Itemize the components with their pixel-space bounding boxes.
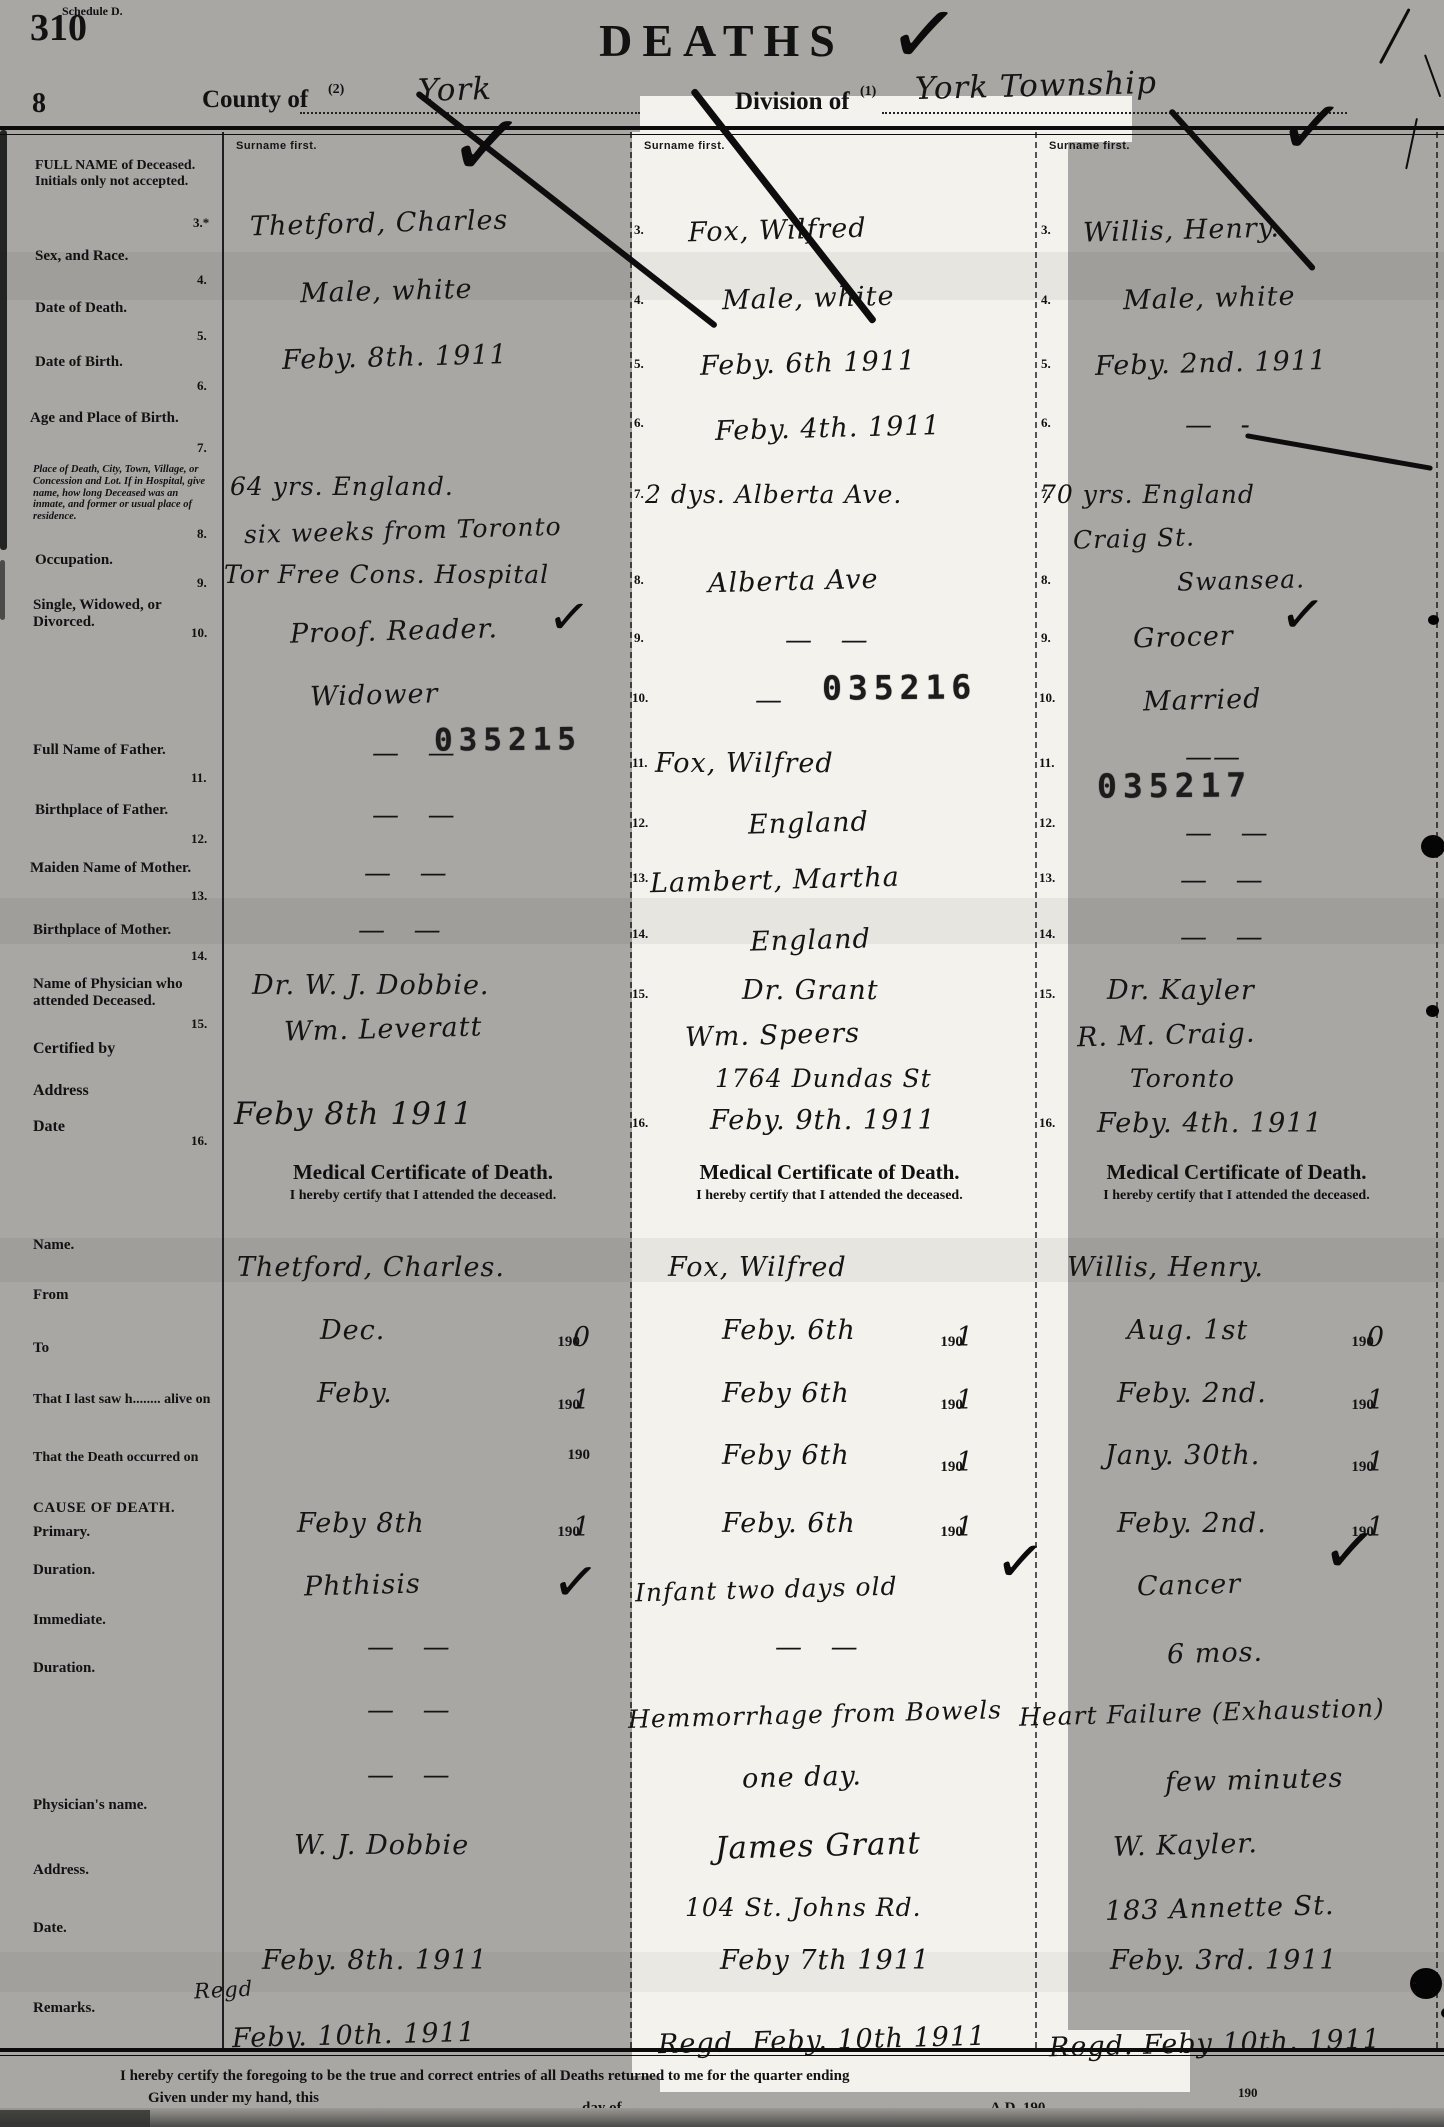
row-number: 5. (634, 356, 644, 372)
cert-immediate-cause: — — (367, 1695, 460, 1726)
cert-to: Feby 6th (722, 1378, 850, 1409)
row-number: 10. (1039, 690, 1055, 706)
footer-certify-line: I hereby certify the foregoing to be the… (120, 2068, 849, 2085)
year-digit: 1 (573, 1512, 590, 1543)
medical-certificate-subtitle: I hereby certify that I attended the dec… (222, 1188, 624, 1204)
label-row-number: 9. (197, 575, 207, 591)
cert-to: Feby. (317, 1378, 393, 1409)
entry-marital: — (755, 685, 792, 716)
label-row-number: 5. (197, 328, 207, 344)
entry-age-place-1: 2 dys. Alberta Ave. (645, 480, 902, 509)
death-register-page: Schedule D. 310 DEATHS 8 County of (2) Y… (0, 0, 1444, 2127)
entry-mother: — — (364, 858, 457, 889)
year-digit: 1 (573, 1385, 590, 1416)
row-number: 14. (1039, 926, 1055, 942)
row-number: 12. (632, 815, 648, 831)
entry-name: Willis, Henry. (1083, 212, 1281, 248)
registration-stamp: 035216 (822, 667, 978, 707)
entry-place-of-death: Tor Free Cons. Hospital (224, 560, 549, 589)
entry-physician-3: Toronto (1130, 1064, 1235, 1093)
year-digit: 1 (956, 1385, 973, 1416)
cert-physician-address: 183 Annette St. (1105, 1890, 1335, 1927)
row-number: 8. (1041, 572, 1051, 588)
row-number: 16. (632, 1115, 648, 1131)
year-digit: 1 (1367, 1447, 1384, 1478)
row-number: 15. (632, 986, 648, 1002)
check-mark-icon: ✓ (1274, 85, 1349, 172)
scan-edge-streak (0, 130, 7, 550)
year-stub: 1900 (1351, 1322, 1384, 1353)
cert-primary-cause: Phthisis (304, 1568, 422, 1602)
entry-date-of-death: Feby. 6th 1911 (700, 345, 917, 382)
row-number: 13. (632, 870, 648, 886)
scan-edge-streak (0, 560, 5, 620)
label-address: Address (33, 1082, 213, 1100)
entry-occupation: Grocer (1133, 621, 1235, 655)
cert-immediate-cause: Hemmorrhage from Bowels (628, 1695, 1003, 1734)
cert-date: Feby 7th 1911 (720, 1945, 930, 1976)
row-number: 6. (1041, 415, 1051, 431)
entry-age-place-2: six weeks from Toronto (244, 512, 562, 549)
label-father: Full Name of Father. (33, 742, 213, 759)
footer-given-line: Given under my hand, this (148, 2090, 319, 2107)
surname-first-label: Surname first. (644, 140, 725, 152)
check-mark-icon: ✓ (1319, 1515, 1381, 1586)
entry-column-3: Surname first. 3. 4. 5. 6. 7. 8. 9. 10. … (1035, 0, 1444, 2127)
year-digit: 1 (956, 1322, 973, 1353)
row-number: 13. (1039, 870, 1055, 886)
entry-father: Fox, Wilfred (655, 748, 834, 779)
cert-duration-2: few minutes (1165, 1763, 1344, 1799)
label-row-number: 11. (191, 770, 207, 786)
entry-place-of-death: Alberta Ave (708, 564, 879, 599)
entry-sex-race: Male, white (1123, 281, 1296, 317)
label-physician: Name of Physician who attended Deceased. (33, 976, 213, 1010)
entry-certified-date: Feby. 4th. 1911 (1097, 1108, 1323, 1139)
row-number: 6. (634, 415, 644, 431)
cert-date: Feby. 3rd. 1911 (1110, 1945, 1338, 1976)
surname-first-label: Surname first. (1049, 140, 1130, 152)
label-cause-of-death: CAUSE OF DEATH. (33, 1500, 219, 1517)
year-stub: 1901 (940, 1447, 973, 1478)
cert-immediate-cause: Heart Failure (Exhaustion) (1019, 1693, 1385, 1732)
label-row-number: 10. (191, 625, 207, 641)
label-certified-by: Certified by (33, 1040, 213, 1058)
medical-certificate-title: Medical Certificate of Death. (1035, 1160, 1438, 1185)
label-mother: Maiden Name of Mother. (30, 860, 216, 877)
cert-from: Aug. 1st (1127, 1315, 1248, 1346)
cert-physician-name: James Grant (715, 1825, 922, 1866)
year-stub: 1901 (1351, 1447, 1384, 1478)
label-duration2: Duration. (33, 1660, 213, 1677)
check-mark-icon: ✓ (1277, 586, 1328, 644)
entry-physician-2: Wm. Leveratt (284, 1011, 483, 1047)
label-father-birthplace: Birthplace of Father. (35, 802, 215, 819)
label-mother-birthplace: Birthplace of Mother. (33, 922, 213, 939)
cert-occurred: Feby. 6th (722, 1508, 856, 1539)
year-stub: 190 (568, 1447, 591, 1464)
entry-column-1: Surname first. Thetford, Charles Male, w… (222, 0, 630, 2127)
cert-date: Feby. 8th. 1911 (262, 1945, 488, 1976)
entry-certified-date: Feby 8th 1911 (234, 1096, 473, 1132)
cert-physician-name: W. Kayler. (1113, 1828, 1259, 1863)
ink-blob (1421, 835, 1444, 858)
footer-year-right: 190 (1238, 2085, 1258, 2101)
entry-sex-race: Male, white (300, 274, 473, 310)
entry-father-birthplace: — — (1185, 818, 1278, 849)
cert-occurred: Feby 8th (297, 1508, 425, 1539)
label-cert-last-saw: That I last saw h........ alive on (33, 1392, 213, 1408)
cert-remarks-1: Regd (193, 1976, 253, 2003)
label-row-number: 7. (197, 440, 207, 456)
medical-certificate-title: Medical Certificate of Death. (222, 1160, 624, 1185)
label-cert-occurred: That the Death occurred on (33, 1450, 213, 1466)
entry-physician-1: Dr. W. J. Dobbie. (252, 970, 490, 1001)
label-row-number: 6. (197, 378, 207, 394)
entry-father-birthplace: England (748, 806, 870, 840)
row-number: 7. (634, 486, 644, 502)
cert-primary-cause: Cancer (1137, 1569, 1242, 1603)
year-digit: 0 (573, 1322, 590, 1353)
label-row-number: 14. (191, 948, 207, 964)
label-phys-date: Date. (33, 1920, 213, 1937)
label-cert-name: Name. (33, 1237, 213, 1254)
row-number: 8. (634, 572, 644, 588)
entry-date-of-birth: Feby. 4th. 1911 (715, 410, 941, 447)
label-row-number: 15. (191, 1016, 207, 1032)
year-stub: 1901 (940, 1322, 973, 1353)
scan-bottom-blotch (0, 2110, 150, 2127)
cert-physician-address: 104 St. Johns Rd. (685, 1893, 922, 1922)
entry-mother: Lambert, Martha (650, 862, 901, 900)
label-sex-race: Sex, and Race. (35, 248, 215, 265)
entry-column-2: Surname first. 3. 4. 5. 6. 7. 8. 9. 10. … (630, 0, 1035, 2127)
entry-age-place-1: 64 yrs. England. (230, 472, 454, 501)
year-stub: 1901 (940, 1512, 973, 1543)
cert-from: Dec. (320, 1315, 385, 1346)
row-number: 15. (1039, 986, 1055, 1002)
label-immediate: Immediate. (33, 1612, 213, 1629)
row-number: 10. (632, 690, 648, 706)
cert-duration-2: — — (367, 1760, 460, 1791)
label-occupation: Occupation. (35, 552, 215, 569)
entry-physician-2: R. M. Craig. (1077, 1018, 1256, 1054)
entry-date-of-death: Feby. 2nd. 1911 (1095, 345, 1328, 382)
label-cert-from: From (33, 1287, 213, 1304)
entry-date-of-death: Feby. 8th. 1911 (282, 339, 508, 376)
entry-occupation: — — (785, 625, 878, 656)
cert-last-saw: Jany. 30th. (1105, 1440, 1260, 1471)
row-number: 14. (632, 926, 648, 942)
year-digit: 0 (1367, 1322, 1384, 1353)
entry-certified-date: Feby. 9th. 1911 (710, 1105, 936, 1136)
label-row-number: 4. (197, 272, 207, 288)
cert-last-saw: Feby 6th (722, 1440, 850, 1471)
cert-to: Feby. 2nd. (1117, 1378, 1267, 1409)
year-stub: 1901 (557, 1385, 590, 1416)
label-duration1: Duration. (33, 1562, 213, 1579)
entry-physician-1: Dr. Grant (742, 975, 879, 1006)
entry-father-birthplace: — — (372, 800, 465, 831)
medical-certificate-subtitle: I hereby certify that I attended the dec… (630, 1188, 1029, 1204)
entry-physician-2: Wm. Speers (685, 1018, 861, 1054)
label-row-number: 13. (191, 888, 207, 904)
entry-occupation: Proof. Reader. (290, 613, 499, 649)
entry-marital: Married (1143, 683, 1262, 717)
label-date-of-death: Date of Death. (35, 300, 215, 317)
registration-stamp: 035217 (1097, 765, 1253, 805)
year-stub: 1900 (557, 1322, 590, 1353)
check-mark-icon: ✓ (549, 1553, 602, 1614)
entry-age-place-1: 70 yrs. England (1040, 480, 1255, 509)
label-row-number: 16. (191, 1133, 207, 1149)
ink-blob (1428, 615, 1439, 625)
cert-name: Fox, Wilfred (668, 1252, 847, 1283)
cert-from: Feby. 6th (722, 1315, 856, 1346)
entry-mother-birthplace: England (750, 923, 872, 957)
year-digit: 1 (956, 1447, 973, 1478)
medical-certificate-subtitle: I hereby certify that I attended the dec… (1035, 1188, 1438, 1204)
row-number: 9. (634, 630, 644, 646)
label-primary: Primary. (33, 1524, 213, 1541)
label-age-place: Age and Place of Birth. (30, 410, 216, 427)
entry-name: Fox, Wilfred (688, 213, 867, 249)
row-number: 9. (1041, 630, 1051, 646)
rule-bottom-thick (0, 2048, 1444, 2052)
surname-first-label: Surname first. (236, 140, 317, 152)
medical-certificate-title: Medical Certificate of Death. (630, 1160, 1029, 1185)
year-stub: 1901 (557, 1512, 590, 1543)
cert-duration-1: — — (775, 1632, 868, 1663)
year-digit: 1 (1367, 1385, 1384, 1416)
cert-duration-1: — — (367, 1632, 460, 1663)
label-row-number: 12. (191, 831, 207, 847)
row-number: 4. (634, 292, 644, 308)
check-mark-icon: ✓ (443, 96, 529, 196)
entry-mother-birthplace: — — (358, 915, 451, 946)
row-number: 12. (1039, 815, 1055, 831)
label-row-number: 8. (197, 526, 207, 542)
entry-physician-1: Dr. Kayler (1107, 975, 1255, 1006)
label-phys-name: Physician's name. (33, 1797, 213, 1814)
cert-duration-2: one day. (742, 1760, 863, 1794)
cert-primary-cause: Infant two days old (635, 1572, 898, 1608)
cert-remarks-2: Regd. Feby 10th. 1911 (1049, 2024, 1382, 2064)
registration-stamp: 035215 (434, 721, 582, 758)
cert-occurred: Feby. 2nd. (1117, 1508, 1267, 1539)
cert-name: Willis, Henry. (1067, 1252, 1264, 1283)
row-number: 16. (1039, 1115, 1055, 1131)
row-number: 5. (1041, 356, 1051, 372)
year-stub: 1901 (940, 1385, 973, 1416)
label-column: FULL NAME of Deceased. Initials only not… (25, 0, 221, 2127)
scan-bottom-edge (0, 2108, 1444, 2127)
year-digit: 1 (956, 1512, 973, 1543)
check-mark-icon: ✓ (992, 1530, 1048, 1595)
label-date-of-birth: Date of Birth. (35, 354, 215, 371)
entry-mother-birthplace: — — (1180, 922, 1273, 953)
entry-mother: — — (1180, 865, 1273, 896)
row-number: 11. (1039, 755, 1055, 771)
label-place-of-death: Place of Death, City, Town, Village, or … (33, 464, 211, 523)
label-full-name: FULL NAME of Deceased. Initials only not… (35, 158, 215, 189)
cert-physician-name: W. J. Dobbie (294, 1830, 469, 1861)
label-single-widowed: Single, Widowed, or Divorced. (33, 597, 213, 631)
label-row-number: 3.* (193, 215, 209, 231)
row-number: 11. (632, 755, 648, 771)
year-stub: 1901 (1351, 1385, 1384, 1416)
entry-age-place-2: Craig St. (1073, 522, 1196, 554)
ink-blob (1410, 1968, 1442, 1999)
row-number: 3. (634, 222, 644, 238)
check-mark-icon: ✓ (884, 0, 965, 82)
label-cert-to: To (33, 1340, 213, 1357)
entry-marital: Widower (310, 678, 439, 712)
cert-name: Thetford, Charles. (237, 1252, 505, 1283)
rule-bottom-thin (0, 2055, 1444, 2056)
label-remarks: Remarks. (33, 2000, 213, 2017)
ink-blob (1426, 1005, 1439, 1017)
row-number: 3. (1041, 222, 1051, 238)
check-mark-icon: ✓ (546, 590, 593, 644)
label-phys-address: Address. (33, 1862, 213, 1879)
entry-name: Thetford, Charles (250, 205, 509, 243)
cert-duration-1: 6 mos. (1167, 1637, 1264, 1671)
row-number: 4. (1041, 292, 1051, 308)
entry-physician-3: 1764 Dundas St (715, 1064, 932, 1093)
label-date: Date (33, 1118, 213, 1136)
